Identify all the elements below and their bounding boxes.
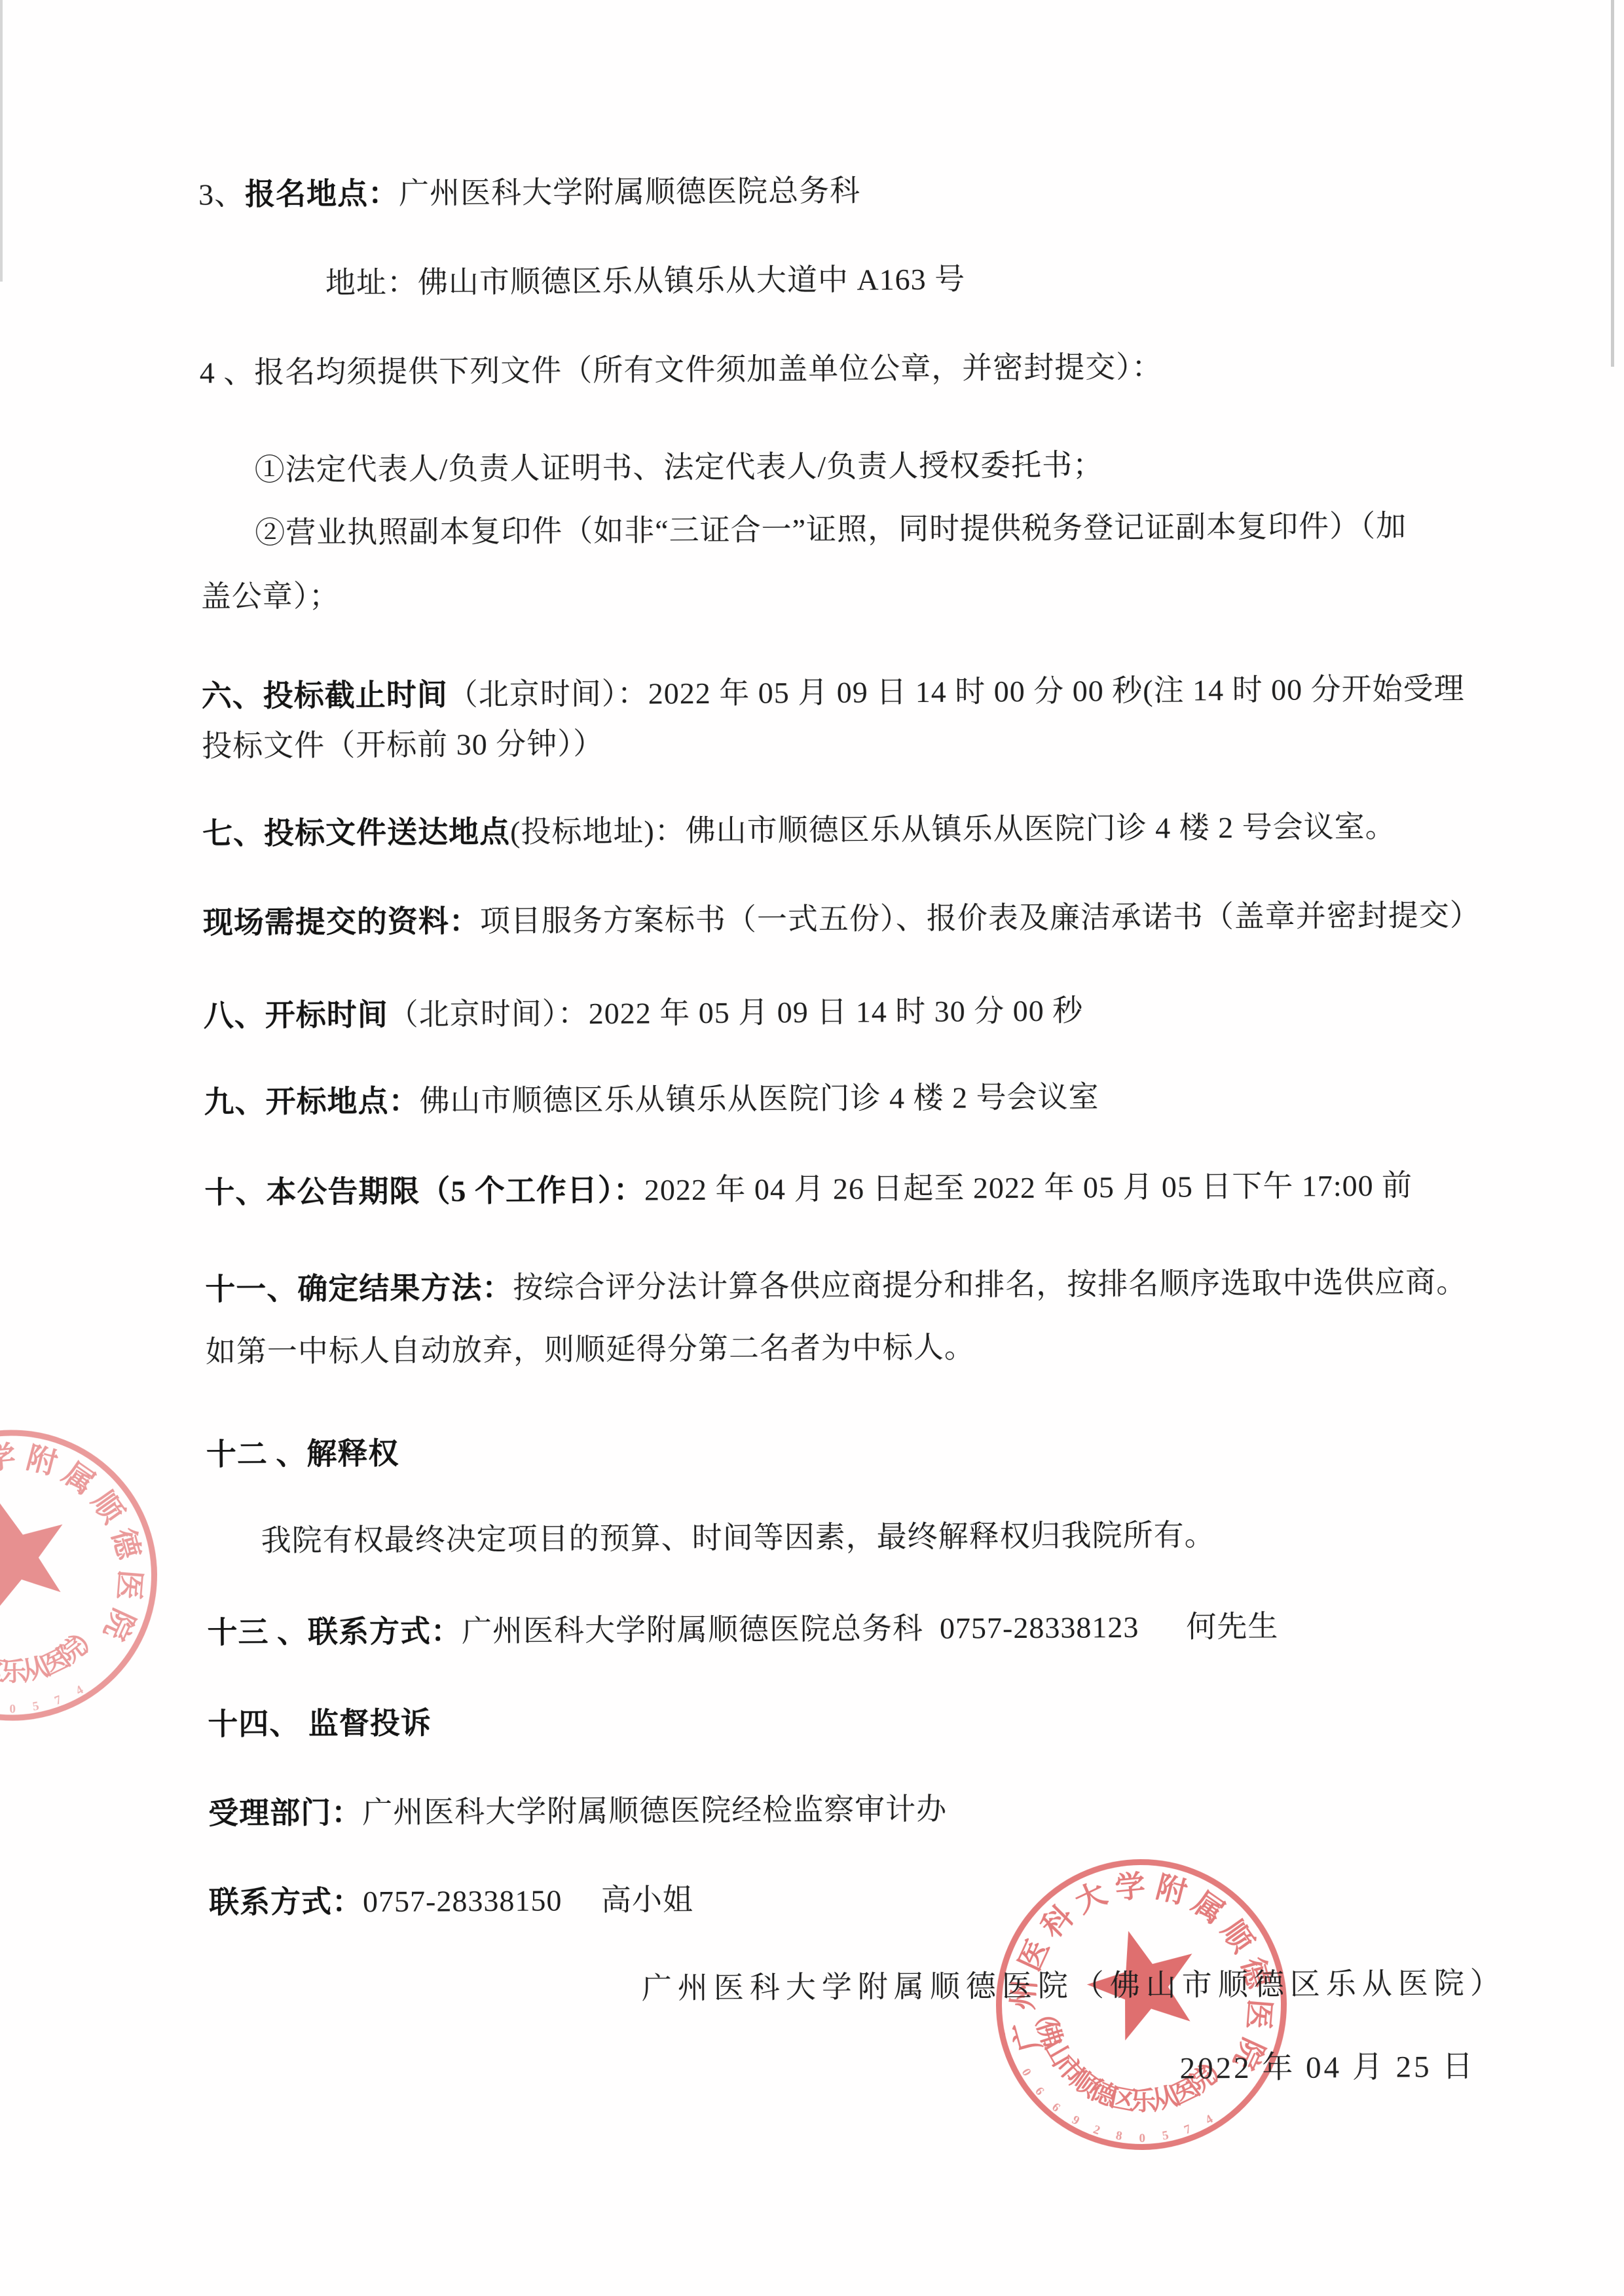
label-segment: 九、开标地点： [204,1084,419,1119]
text-line: 十二 、解释权 [206,1437,399,1473]
text-segment: 4 、报名均须提供下列文件（所有文件须加盖单位公章，并密封提交）： [200,350,1163,390]
signature-line: 广州医科大学附属顺德医院（佛山市顺德区乐从医院） [642,1959,1506,2008]
text-line: 现场需提交的资料：项目服务方案标书（一式五份）、报价表及廉洁承诺书（盖章并密封提… [203,898,1481,941]
text-segment: 广州医科大学附属顺德医院总务科 [399,174,860,210]
label-segment: 十、本公告期限（5 个工作日）： [204,1174,644,1210]
label-segment: 十三 、联系方式： [207,1614,462,1649]
seal-inner-text-char: 院 [53,1633,90,1670]
seal-inner-text-char: 从 [1148,2083,1179,2115]
scanned-document-page: 广州医科大学附属顺德医院（佛山市顺德区乐从医院）0669280574 广州医科大… [0,0,1624,2296]
seal-serial-digit: 9 [1067,2112,1084,2129]
text-segment: 项目服务方案标书（一式五份）、报价表及廉洁承诺书（盖章并密封提交） [480,898,1481,938]
text-line: ①法定代表人/负责人证明书、法定代表人/负责人授权委托书； [255,448,1104,488]
text-line: 六、投标截止时间（北京时间）：2022 年 05 月 09 日 14 时 00 … [202,672,1465,714]
seal-ring-text-char: 属 [58,1457,100,1499]
text-segment: 按综合评分法计算各供应商提分和排名，按排名顺序选取中选供应商。 [513,1265,1467,1305]
text-line: 十三 、联系方式：广州医科大学附属顺德医院总务科 0757-28338123 何… [207,1610,1278,1651]
text-line: 十、本公告期限（5 个工作日）：2022 年 04 月 26 日起至 2022 … [204,1168,1412,1210]
seal-inner-text-char: 市 [1051,2051,1088,2088]
seal-ring [0,1429,158,1722]
seal-serial-digit: 0 [1136,2132,1149,2144]
text-line: 3、报名地点：广州医科大学附属顺德医院总务科 [198,174,860,213]
seal-serial-digit: 7 [1180,2122,1196,2138]
label-segment: 八、开标时间 [204,998,388,1033]
text-line: 投标文件（开标前 30 分钟）） [202,727,604,764]
text-segment: 2022 年 04 月 26 日起至 2022 年 05 月 05 日下午 17… [644,1168,1413,1206]
seal-inner-text-char: 从 [18,1654,50,1685]
seal-ring-text-char: 医 [113,1568,146,1601]
label-segment: 六、投标截止时间 [202,678,448,713]
seal-ring-text-char: 附 [1153,1872,1189,1909]
seal-serial-digit: 6 [1031,2083,1048,2100]
seal-ring-text-char: 学 [1114,1871,1147,1904]
seal-ring-text-char: 附 [23,1443,60,1479]
label-segment: 七、投标文件送达地点 [202,815,510,851]
seal-ring-text-char: 德 [107,1526,144,1563]
seal-serial-digit: 7 [50,1693,66,1709]
text-segment: ①法定代表人/负责人证明书、法定代表人/负责人授权委托书； [255,448,1104,487]
seal-serial-digit: 8 [1112,2129,1126,2143]
official-seal-left: 广州医科大学附属顺德医院（佛山市顺德区乐从医院）0669280574 [0,0,1624,2296]
seal-ring-text-char: 广 [1009,2017,1046,2054]
text-line: 九、开标地点：佛山市顺德区乐从镇乐从医院门诊 4 楼 2 号会议室 [204,1080,1099,1120]
seal-star-icon [0,1491,81,1626]
seal-ring-text-char: 院 [99,1604,139,1644]
text-line: 十一、确定结果方法：按综合评分法计算各供应商提分和排名，按排名顺序选取中选供应商… [205,1265,1467,1308]
text-line: 十四、 监督投诉 [208,1707,432,1743]
label-segment: 受理部门： [208,1796,362,1830]
document-content: 广州医科大学附属顺德医院（佛山市顺德区乐从医院）0669280574 广州医科大… [0,0,1624,2296]
text-line: 七、投标文件送达地点(投标地址)：佛山市顺德区乐从镇乐从医院门诊 4 楼 2 号… [202,810,1396,852]
seal-inner-text-char: 德 [1086,2077,1120,2111]
seal-serial-digit: 4 [1200,2111,1217,2128]
text-segment: 佛山市顺德区乐从镇乐从医院门诊 4 楼 2 号会议室 [419,1080,1099,1117]
seal-serial-digit: 0 [1018,2064,1035,2081]
seal-serial-digit: 2 [1088,2122,1104,2138]
seal-inner-text-char: 山 [1039,2035,1075,2071]
text-segment: ②营业执照副本复印件（如非“三证合一”证照，同时提供税务登记证副本复印件）（加 [255,509,1407,549]
seal-serial-digit: 5 [1158,2129,1173,2143]
label-segment: 十二 、解释权 [206,1437,399,1472]
seal-ring-text-char: 属 [1187,1887,1229,1929]
seal-ring-text-char: 顺 [87,1486,129,1528]
seal-ring-text-char: 学 [0,1441,17,1474]
seal-inner-text-char: 医 [37,1645,71,1680]
label-segment: 报名地点： [245,177,399,211]
seal-serial-digit: 4 [71,1682,88,1699]
text-segment: 3、 [198,177,245,211]
document-body: 3、报名地点：广州医科大学附属顺德医院总务科地址：佛山市顺德区乐从镇乐从大道中 … [0,0,1617,5]
text-segment: 盖公章）； [201,579,340,613]
text-segment: 如第一中标人自动放弃，则顺延得分第二名者为中标人。 [206,1330,975,1368]
text-segment: 0757-28338150 高小姐 [363,1883,693,1918]
text-line: 地址：佛山市顺德区乐从镇乐从大道中 A163 号 [325,263,966,301]
text-line: 盖公章）； [201,579,340,614]
text-line: 如第一中标人自动放弃，则顺延得分第二名者为中标人。 [206,1330,975,1369]
text-segment: (投标地址)：佛山市顺德区乐从镇乐从医院门诊 4 楼 2 号会议室。 [510,810,1396,849]
seal-serial-digit: 0 [7,1703,19,1715]
seal-inner-text-char: 乐 [1130,2088,1157,2115]
label-segment: 现场需提交的资料： [203,904,480,940]
date-line: 2022 年 04 月 25 日 [1179,2042,1475,2088]
text-segment: （北京时间）：2022 年 05 月 09 日 14 时 00 分 00 秒(注… [448,672,1465,711]
label-segment: 联系方式： [209,1885,363,1919]
seal-serial-digit: 5 [29,1699,43,1714]
text-segment: （北京时间）：2022 年 05 月 09 日 14 时 30 分 00 秒 [388,993,1084,1031]
text-line: 联系方式：0757-28338150 高小姐 [209,1883,693,1920]
official-seal-bottom: 广州医科大学附属顺德医院（佛山市顺德区乐从医院）0669280574 [0,0,1624,2296]
text-segment: 广州医科大学附属顺德医院经检监察审计办 [362,1792,947,1829]
text-segment: 投标文件（开标前 30 分钟）） [202,727,604,763]
label-segment: 十四、 监督投诉 [208,1707,432,1741]
text-line: 八、开标时间（北京时间）：2022 年 05 月 09 日 14 时 30 分 … [204,993,1084,1033]
text-segment: 广州医科大学附属顺德医院总务科 0757-28338123 何先生 [462,1610,1279,1648]
text-line: 我院有权最终决定项目的预算、时间等因素，最终解释权归我院所有。 [261,1518,1215,1559]
seal-inner-text-char: 佛 [1033,2018,1065,2050]
text-line: ②营业执照副本复印件（如非“三证合一”证照，同时提供税务登记证副本复印件）（加 [255,509,1407,551]
label-segment: 十一、确定结果方法： [205,1271,513,1306]
text-segment: 我院有权最终决定项目的预算、时间等因素，最终解释权归我院所有。 [261,1518,1215,1557]
text-line: 受理部门：广州医科大学附属顺德医院经检监察审计办 [208,1792,947,1832]
seal-ring-text-char: 顺 [1217,1916,1259,1957]
seal-inner-text-char: 区 [1107,2084,1138,2115]
text-line: 4 、报名均须提供下列文件（所有文件须加盖单位公章，并密封提交）： [200,350,1163,391]
text-segment: 地址：佛山市顺德区乐从镇乐从大道中 A163 号 [325,263,966,300]
seal-inner-text-char: ） [68,1619,105,1656]
seal-inner-text-char: 顺 [1067,2065,1103,2102]
seal-serial-digit: 6 [1047,2099,1065,2117]
seal-inner-text-char: 区 [0,1655,9,1686]
seal-ring-text-char: 科 [1036,1900,1079,1943]
seal-ring-text-char: 大 [1071,1878,1111,1918]
seal-inner-text-char: 乐 [1,1659,28,1686]
